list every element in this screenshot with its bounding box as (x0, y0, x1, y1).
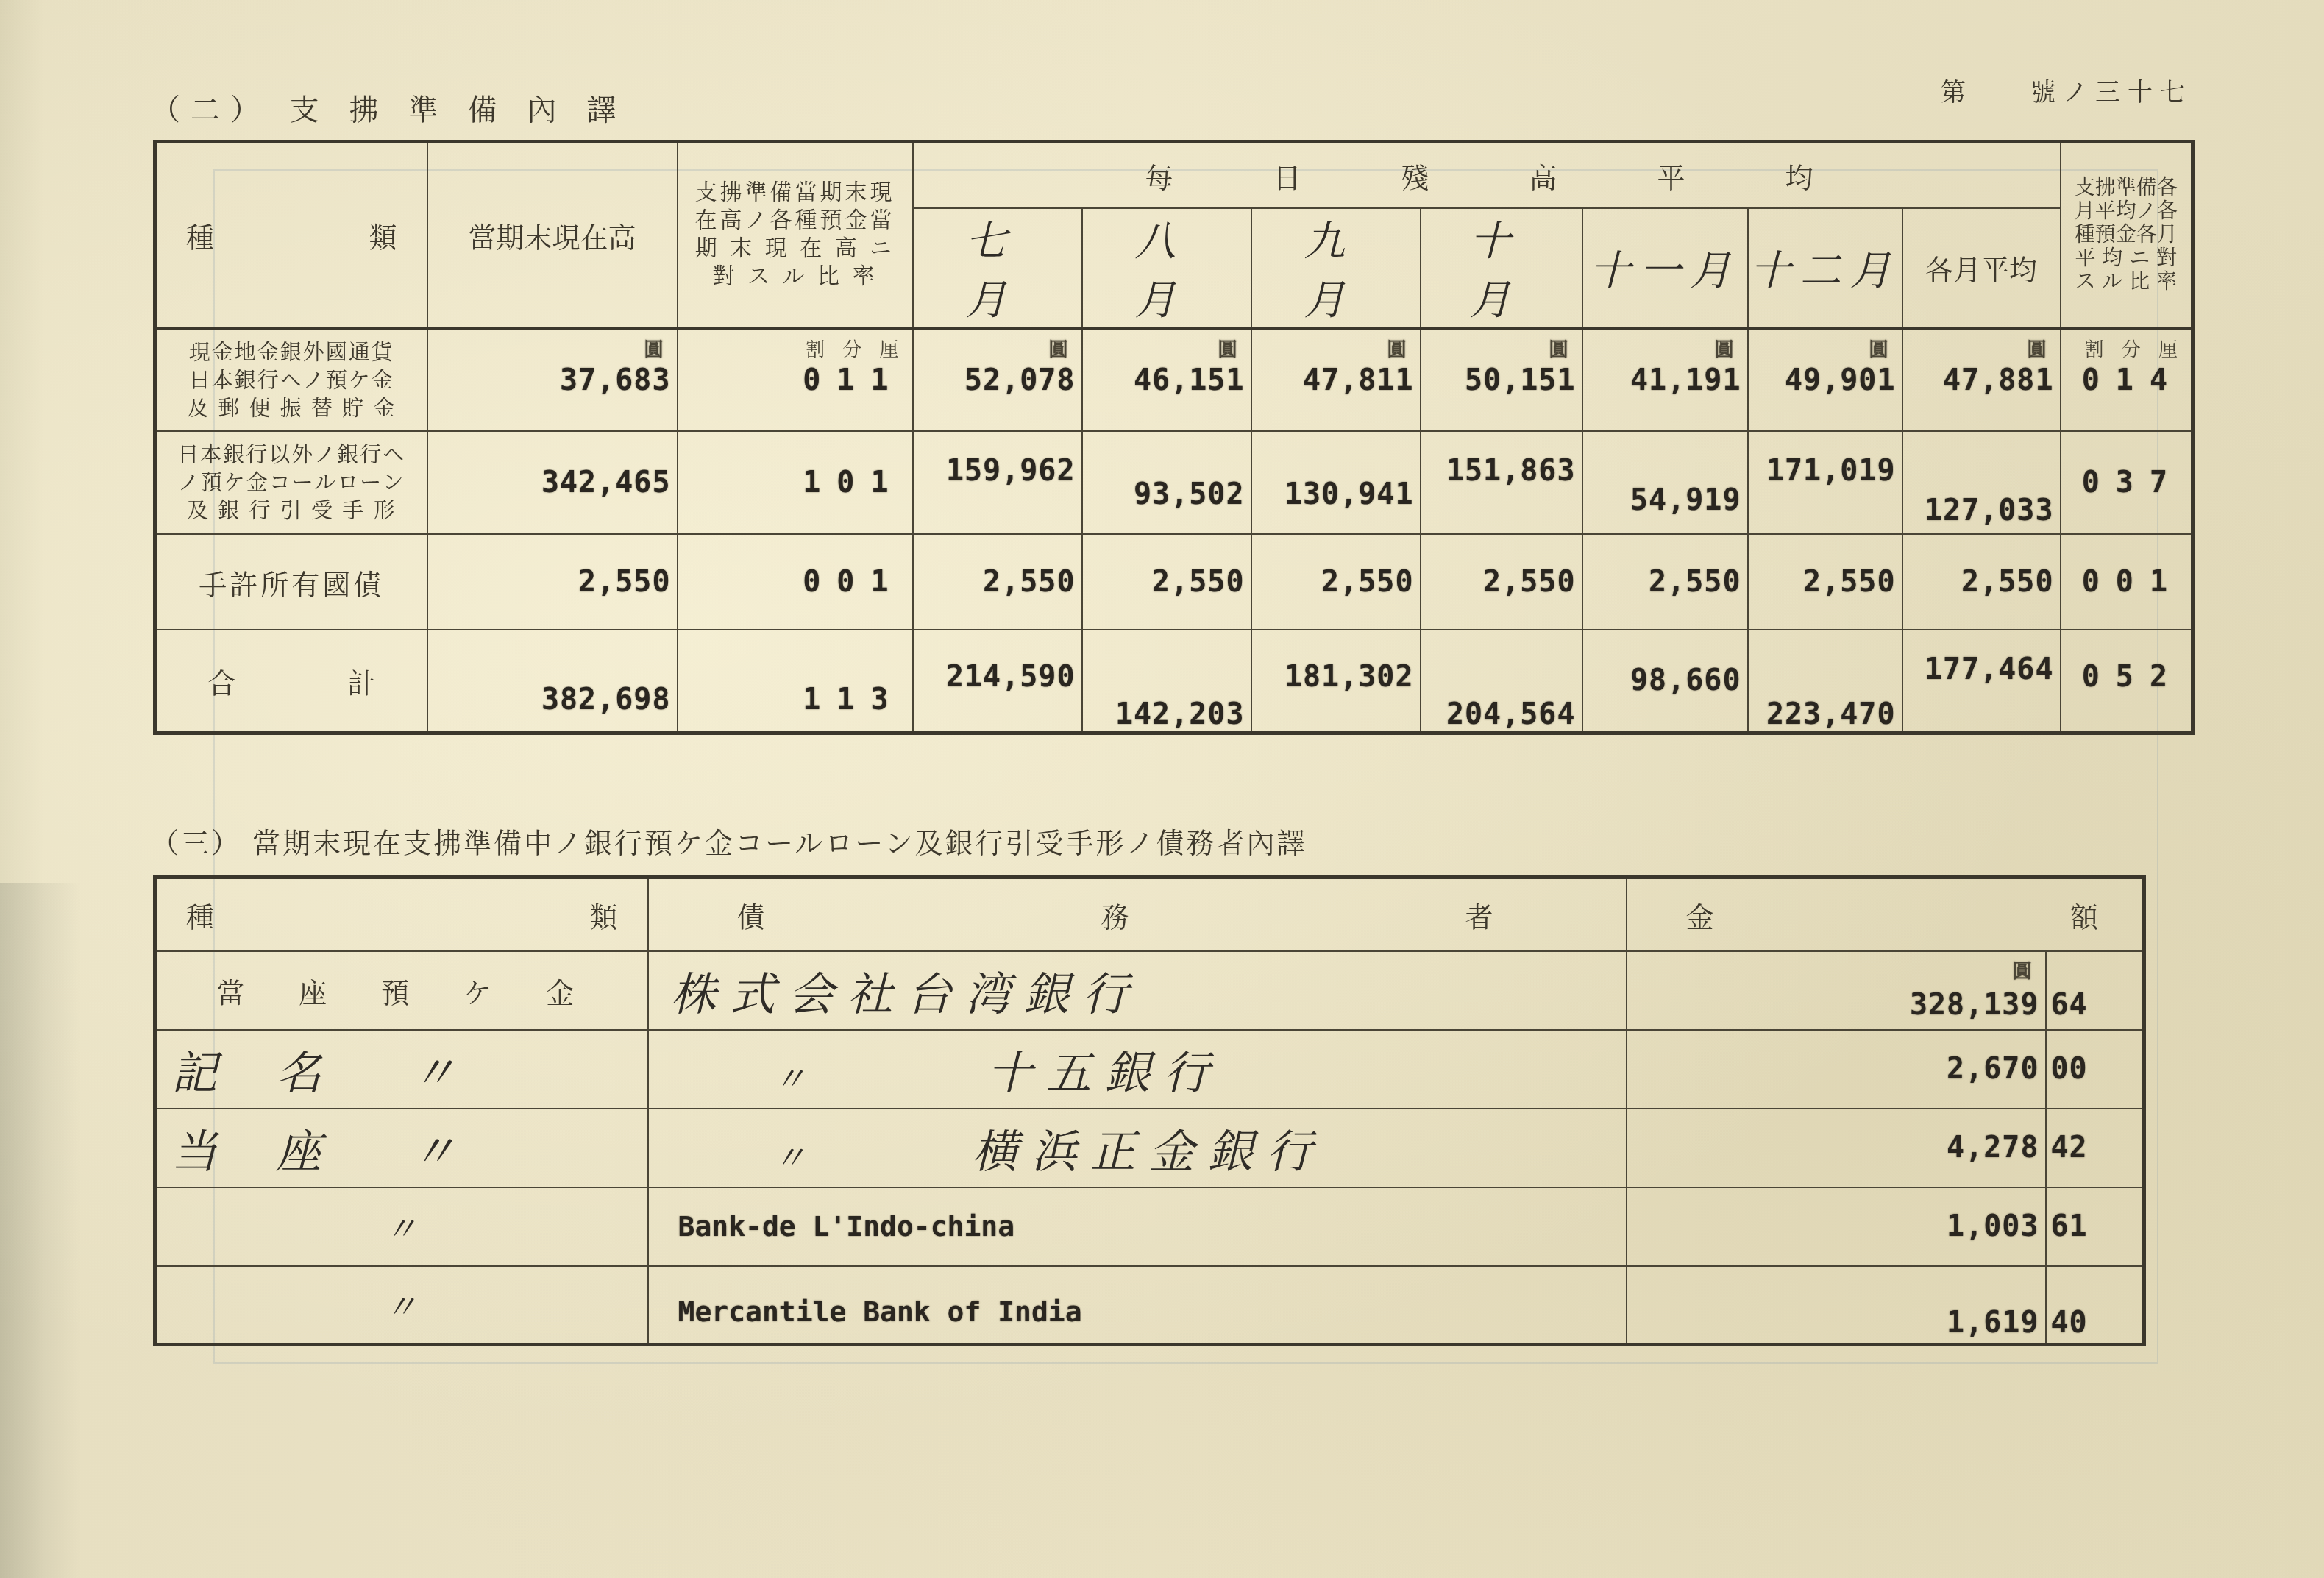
value: 64 (2051, 988, 2088, 1022)
month-november-label: 十一月 (1583, 238, 1747, 297)
cell-november: 54,919 (1582, 431, 1748, 534)
month-july: 七 月 (913, 208, 1082, 329)
debtor-breakdown-table: 種 類 債 務 者 金 額 當 座 預 ケ 金 株式会社台湾銀行 圓328,13… (153, 875, 2146, 1346)
value: 2,670 (1947, 1052, 2039, 1086)
cell-december: 圓49,901 (1748, 328, 1902, 431)
value: 151,863 (1446, 454, 1576, 488)
value: 328,139 (1910, 988, 2039, 1022)
cell-debtor: 〃 十五銀行 (648, 1030, 1627, 1109)
cell-august: 2,550 (1082, 534, 1251, 630)
header-end-balance-label: 當期末現在高 (428, 215, 677, 255)
value: 54,919 (1630, 483, 1741, 517)
row-kind: 合 計 (155, 630, 427, 733)
value: 2,550 (983, 565, 1075, 599)
table-row: 記 名 〃 〃 十五銀行 2,670 00 (155, 1030, 2144, 1109)
kind-ditto: 〃 (157, 1203, 647, 1250)
value: 37,683 (560, 363, 671, 397)
header-ratio-avg: 支拂準備各 月平均ノ各 種預金各月 平 均 ニ 對 ス ル 比 率 (2061, 142, 2193, 329)
header-ratio-end: 支拂準備當期末現 在高ノ各種預金當 期 末 現 在 高 ニ 對 ス ル 比 率 (678, 142, 913, 329)
cell-november: 98,660 (1582, 630, 1748, 733)
cell-amount-yen: 2,670 (1627, 1030, 2046, 1109)
month-september-label: 九 月 (1252, 209, 1420, 327)
header-kind-char2: 類 (589, 895, 617, 935)
section3-title: （三） 當期末現在支拂準備中ノ銀行預ケ金コールローン及銀行引受手形ノ債務者內譯 (151, 820, 1307, 861)
cell-debtor: Mercantile Bank of India (648, 1266, 1627, 1345)
value: 00 (2051, 1052, 2088, 1086)
ratio-avg-line4: 平 均 ニ 對 (2061, 246, 2192, 270)
unit-yen: 圓 (1218, 335, 1243, 362)
value: 014 (2082, 363, 2183, 397)
cell-ratio-end: 001 (678, 534, 913, 630)
cell-july: 214,590 (913, 630, 1082, 733)
table-row: 日本銀行以外ノ銀行ヘ ノ預ケ金コールローン 及 銀 行 引 受 手 形 342,… (155, 431, 2193, 534)
month-september: 九 月 (1251, 208, 1421, 329)
header-kind-char2: 類 (369, 215, 397, 255)
value: 011 (803, 363, 904, 397)
month-july-label: 七 月 (914, 209, 1081, 327)
row-kind-line: 日本銀行以外ノ銀行ヘ (157, 441, 427, 469)
ratio-end-line2: 在高ノ各種預金當 (678, 207, 912, 235)
table-row: 〃 Bank-de L'Indo-china 1,003 61 (155, 1187, 2144, 1266)
cell-november: 2,550 (1582, 534, 1748, 630)
header-kind: 種 類 (155, 878, 648, 951)
cell-december: 223,470 (1748, 630, 1902, 733)
cell-july: 159,962 (913, 431, 1082, 534)
cell-ratio-end: 113 (678, 630, 913, 733)
section2-title: （二） 支 拂 準 備 內 譯 (151, 87, 626, 129)
value: 52,078 (964, 363, 1076, 397)
month-august: 八 月 (1082, 208, 1251, 329)
cell-amount-sen: 40 (2046, 1266, 2144, 1345)
unit-yen: 圓 (2027, 335, 2052, 362)
cell-amount-yen: 1,003 (1627, 1187, 2046, 1266)
header-amount: 金 額 (1627, 878, 2144, 951)
value: 50,151 (1465, 363, 1576, 397)
value: 052 (2082, 660, 2183, 694)
header-debtor: 債 務 者 (648, 878, 1627, 951)
value: 93,502 (1134, 477, 1245, 511)
value: 001 (2082, 565, 2183, 599)
cell-ratio-end: 101 (678, 431, 913, 534)
header-kind-char1: 種 (186, 895, 214, 935)
cell-october: 151,863 (1421, 431, 1582, 534)
value: 177,464 (1925, 653, 2054, 686)
row-kind: 現金地金銀外國通貨 日本銀行ヘノ預ケ金 及 郵 便 振 替 貯 金 (155, 328, 427, 431)
value: 037 (2082, 466, 2183, 500)
cell-september: 圓47,811 (1251, 328, 1421, 431)
value: 2,550 (1803, 565, 1895, 599)
value: 4,278 (1947, 1131, 2039, 1165)
row-kind-line: 日本銀行ヘノ預ケ金 (157, 366, 427, 394)
row-kind-line: 及 郵 便 振 替 貯 金 (157, 394, 427, 422)
header-debtor-char3: 者 (1465, 895, 1493, 935)
cell-kind: 當 座 預 ケ 金 (155, 951, 648, 1030)
row-kind: 手許所有國債 (155, 534, 427, 630)
header-debtor-char2: 務 (1101, 895, 1129, 935)
header-amount-char1: 金 (1686, 895, 1714, 935)
unit-ratio: 割 分 厘 (2084, 335, 2183, 362)
unit-ratio: 割 分 厘 (806, 335, 905, 362)
row-kind: 日本銀行以外ノ銀行ヘ ノ預ケ金コールローン 及 銀 行 引 受 手 形 (155, 431, 427, 534)
value: 2,550 (1152, 565, 1244, 599)
cell-august: 142,203 (1082, 630, 1251, 733)
table-row: 当 座 〃 〃 横浜正金銀行 4,278 42 (155, 1109, 2144, 1187)
cell-end-balance: 圓37,683 (427, 328, 678, 431)
row-kind-line: 及 銀 行 引 受 手 形 (157, 497, 427, 525)
value: 223,470 (1766, 697, 1896, 731)
cell-ratio-avg: 001 (2061, 534, 2193, 630)
cell-august: 93,502 (1082, 431, 1251, 534)
cell-ratio-avg: 037 (2061, 431, 2193, 534)
header-daily-average-label: 每 日 殘 高 平 均 (914, 155, 2060, 196)
table-row-total: 合 計 382,698 113 214,590 142,203 181,302 … (155, 630, 2193, 733)
value: 42 (2051, 1131, 2088, 1165)
cell-kind: 〃 (155, 1266, 648, 1345)
cell-july: 圓52,078 (913, 328, 1082, 431)
debtor-name: Bank-de L'Indo-china (649, 1210, 1626, 1243)
cell-month-average: 177,464 (1902, 630, 2061, 733)
cell-debtor: 〃 横浜正金銀行 (648, 1109, 1627, 1187)
value: 204,564 (1446, 697, 1576, 731)
table-row: 當 座 預 ケ 金 株式会社台湾銀行 圓328,139 64 (155, 951, 2144, 1030)
cell-ratio-avg: 割 分 厘014 (2061, 328, 2193, 431)
value: 342,465 (541, 466, 671, 500)
cell-amount-yen: 1,619 (1627, 1266, 2046, 1345)
ratio-avg-line5: ス ル 比 率 (2061, 270, 2192, 294)
month-average-label: 各月平均 (1903, 247, 2060, 288)
value: 101 (803, 466, 904, 500)
cell-month-average: 2,550 (1902, 534, 2061, 630)
header-end-balance: 當期末現在高 (427, 142, 678, 329)
month-december-label: 十二月 (1749, 238, 1902, 297)
cell-august: 圓46,151 (1082, 328, 1251, 431)
page-number-prefix: 第 (1941, 72, 1966, 108)
page-number-suffix: 號ノ三十七 (2030, 72, 2192, 108)
cell-kind: 〃 (155, 1187, 648, 1266)
row-kind-label: 合 計 (157, 661, 427, 701)
cell-september: 2,550 (1251, 534, 1421, 630)
cell-kind: 記 名 〃 (155, 1030, 648, 1109)
cell-end-balance: 2,550 (427, 534, 678, 630)
payment-reserve-table: 種 類 當期末現在高 支拂準備當期末現 在高ノ各種預金當 期 末 現 在 高 ニ… (153, 140, 2195, 735)
value: 127,033 (1925, 494, 2054, 527)
header-amount-char2: 額 (2070, 895, 2098, 935)
value: 159,962 (946, 454, 1076, 488)
value: 98,660 (1630, 664, 1741, 697)
cell-debtor: 株式会社台湾銀行 (648, 951, 1627, 1030)
value: 001 (803, 565, 904, 599)
cell-amount-yen: 圓328,139 (1627, 951, 2046, 1030)
unit-yen: 圓 (1048, 335, 1073, 362)
ratio-end-line4: 對 ス ル 比 率 (678, 263, 912, 291)
cell-october: 2,550 (1421, 534, 1582, 630)
kind-label: 当 座 〃 (157, 1115, 647, 1181)
cell-amount-sen: 64 (2046, 951, 2144, 1030)
value: 382,698 (541, 683, 671, 717)
header-kind: 種 類 (155, 142, 427, 329)
month-december: 十二月 (1748, 208, 1902, 329)
value: 61 (2051, 1209, 2088, 1243)
cell-end-balance: 382,698 (427, 630, 678, 733)
header-ratio-end-label: 支拂準備當期末現 在高ノ各種預金當 期 末 現 在 高 ニ 對 ス ル 比 率 (678, 179, 912, 291)
debtor-name: Mercantile Bank of India (649, 1281, 1626, 1328)
value: 2,550 (1961, 565, 2053, 599)
cell-december: 2,550 (1748, 534, 1902, 630)
ratio-avg-line1: 支拂準備各 (2061, 176, 2192, 199)
kind-label: 記 名 〃 (157, 1037, 647, 1102)
cell-debtor: Bank-de L'Indo-china (648, 1187, 1627, 1266)
unit-yen: 圓 (2012, 956, 2037, 984)
cell-end-balance: 342,465 (427, 431, 678, 534)
value: 130,941 (1284, 477, 1414, 511)
cell-kind: 当 座 〃 (155, 1109, 648, 1187)
value: 2,550 (578, 565, 670, 599)
value: 214,590 (946, 660, 1076, 694)
value: 2,550 (1483, 565, 1575, 599)
cell-amount-sen: 42 (2046, 1109, 2144, 1187)
value: 171,019 (1766, 454, 1896, 488)
month-august-label: 八 月 (1083, 209, 1251, 327)
header-ratio-avg-label: 支拂準備各 月平均ノ各 種預金各月 平 均 ニ 對 ス ル 比 率 (2061, 176, 2192, 294)
ratio-avg-line2: 月平均ノ各 (2061, 199, 2192, 223)
cell-ratio-avg: 052 (2061, 630, 2193, 733)
table-row: 〃 Mercantile Bank of India 1,619 40 (155, 1266, 2144, 1345)
value: 2,550 (1649, 565, 1741, 599)
cell-december: 171,019 (1748, 431, 1902, 534)
header-kind-char1: 種 (186, 215, 214, 255)
cell-amount-sen: 00 (2046, 1030, 2144, 1109)
value: 47,881 (1943, 363, 2054, 397)
cell-october: 圓50,151 (1421, 328, 1582, 431)
row-kind-line: 現金地金銀外國通貨 (157, 338, 427, 366)
month-average: 各月平均 (1902, 208, 2061, 329)
unit-yen: 圓 (1714, 335, 1739, 362)
ratio-end-line3: 期 末 現 在 高 ニ (678, 235, 912, 263)
value: 1,619 (1947, 1306, 2039, 1340)
table-row: 手許所有國債 2,550 001 2,550 2,550 2,550 2,550… (155, 534, 2193, 630)
header-daily-average: 每 日 殘 高 平 均 (913, 142, 2061, 208)
cell-amount-yen: 4,278 (1627, 1109, 2046, 1187)
cell-october: 204,564 (1421, 630, 1582, 733)
ratio-end-line1: 支拂準備當期末現 (678, 179, 912, 207)
value: 2,550 (1321, 565, 1413, 599)
unit-yen: 圓 (1387, 335, 1412, 362)
row-kind-line: ノ預ケ金コールローン (157, 469, 427, 497)
value: 46,151 (1134, 363, 1245, 397)
cell-september: 181,302 (1251, 630, 1421, 733)
cell-month-average: 圓47,881 (1902, 328, 2061, 431)
month-november: 十一月 (1582, 208, 1748, 329)
table-row: 現金地金銀外國通貨 日本銀行ヘノ預ケ金 及 郵 便 振 替 貯 金 圓37,68… (155, 328, 2193, 431)
row-kind-label: 手許所有國債 (157, 562, 427, 603)
cell-month-average: 127,033 (1902, 431, 2061, 534)
value: 47,811 (1303, 363, 1414, 397)
value: 40 (2051, 1306, 2088, 1340)
value: 1,003 (1947, 1209, 2039, 1243)
page-edge-shadow (0, 883, 81, 1578)
cell-amount-sen: 61 (2046, 1187, 2144, 1266)
value: 41,191 (1630, 363, 1741, 397)
cell-july: 2,550 (913, 534, 1082, 630)
ratio-avg-line3: 種預金各月 (2061, 223, 2192, 246)
ditto-mark: 〃 (774, 1053, 806, 1100)
unit-yen: 圓 (644, 335, 669, 362)
cell-september: 130,941 (1251, 431, 1421, 534)
value: 49,901 (1785, 363, 1896, 397)
value: 142,203 (1115, 697, 1245, 731)
value: 181,302 (1284, 660, 1414, 694)
value: 113 (803, 683, 904, 717)
cell-november: 圓41,191 (1582, 328, 1748, 431)
unit-yen: 圓 (1869, 335, 1894, 362)
ditto-mark: 〃 (774, 1131, 806, 1179)
cell-ratio-end: 割 分 厘011 (678, 328, 913, 431)
month-october-label: 十 月 (1421, 209, 1582, 327)
kind-label: 當 座 預 ケ 金 (157, 970, 647, 1011)
debtor-name: 株式会社台湾銀行 (649, 958, 1626, 1023)
kind-ditto: 〃 (157, 1281, 647, 1328)
month-october: 十 月 (1421, 208, 1582, 329)
header-debtor-char1: 債 (737, 895, 765, 935)
unit-yen: 圓 (1549, 335, 1574, 362)
